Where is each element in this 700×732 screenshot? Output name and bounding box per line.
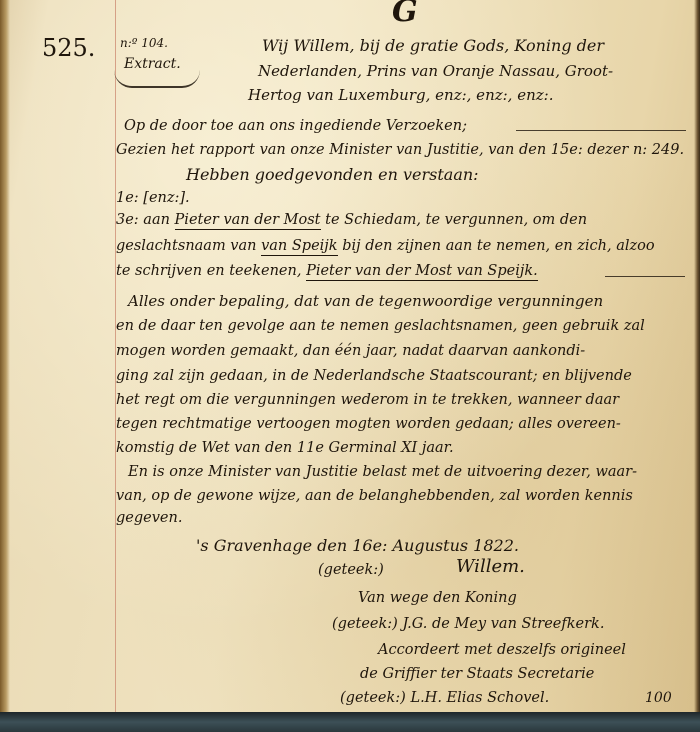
conditions-line-6: tegen rechtmatige vertoogen mogten worde… xyxy=(116,416,621,432)
article-3-prefix: 3e: aan xyxy=(116,212,170,228)
article-3-line-2-start: geslachtsnaam van xyxy=(116,238,256,254)
conditions-line-2: en de daar ten gevolge aan te nemen gesl… xyxy=(116,318,645,334)
article-3-line-2-rest: bij den zijnen aan te nemen, en zich, al… xyxy=(342,238,654,254)
page-number: 100 xyxy=(645,690,672,706)
execution-line-3: gegeven. xyxy=(116,510,182,526)
preamble-line-2: Nederlanden, Prins van Oranje Nassau, Gr… xyxy=(258,62,613,80)
page-mark: G xyxy=(392,0,418,29)
clerk-title: de Griffier ter Staats Secretarie xyxy=(360,666,594,682)
article-3-line-1-rest: te Schiedam, te vergunnen, om den xyxy=(325,212,587,228)
book-spine-shadow xyxy=(0,0,10,718)
execution-line-2: van, op de gewone wijze, aan de belanghe… xyxy=(116,488,633,504)
secretary-signature: (geteek:) J.G. de Mey van Streefkerk. xyxy=(332,616,604,632)
preamble-line-3: Hertog van Luxemburg, enz:, enz:, enz:. xyxy=(248,86,553,104)
conditions-line-4: ging zal zijn gedaan, in de Nederlandsch… xyxy=(116,368,632,384)
execution-line-1: En is onze Minister van Justitie belast … xyxy=(128,464,637,480)
conditions-line-1: Alles onder bepaling, dat van de tegenwo… xyxy=(128,292,603,310)
conditions-line-5: het regt om die vergunningen wederom in … xyxy=(116,392,619,408)
margin-flourish xyxy=(114,70,200,88)
consideration-line-1: Op de door toe aan ons ingediende Verzoe… xyxy=(124,118,467,134)
consideration-line-2: Gezien het rapport van onze Minister van… xyxy=(116,142,684,158)
article-3-line-3-start: te schrijven en teekenen, xyxy=(116,263,301,279)
margin-rule-line xyxy=(115,0,116,718)
signed-label: (geteek:) xyxy=(318,562,384,578)
article-1: 1e: [enz:]. xyxy=(116,190,190,206)
preamble-line-1: Wij Willem, bij de gratie Gods, Koning d… xyxy=(262,36,604,55)
entry-number: 525. xyxy=(42,34,95,62)
article-3-line-2: geslachtsnaam van van Speijk bij den zij… xyxy=(116,238,655,254)
margin-reference-number: n:º 104. xyxy=(120,36,168,50)
place-and-date: 's Gravenhage den 16e: Augustus 1822. xyxy=(196,536,519,555)
article-3-line-1: 3e: aan Pieter van der Most te Schiedam,… xyxy=(116,212,587,228)
by-order-of-the-king: Van wege den Koning xyxy=(358,590,517,606)
person-name-pieter-van-der-most: Pieter van der Most xyxy=(175,212,321,230)
scanner-background xyxy=(0,712,700,732)
manuscript-page: G 525. n:º 104. Extract. Wij Willem, bij… xyxy=(0,0,700,718)
fill-rule xyxy=(516,130,686,131)
conditions-line-3: mogen worden gemaakt, dan één jaar, nada… xyxy=(116,343,585,359)
fill-rule xyxy=(605,276,685,277)
full-name-pieter-van-der-most-van-speijk: Pieter van der Most van Speijk. xyxy=(306,263,538,281)
certification-line: Accordeert met deszelfs origineel xyxy=(378,642,626,658)
king-signature: Willem. xyxy=(456,556,525,577)
page-edge xyxy=(694,0,700,718)
conditions-line-7: komstig de Wet van den 11e Germinal XI j… xyxy=(116,440,454,456)
article-3-line-3: te schrijven en teekenen, Pieter van der… xyxy=(116,263,538,279)
surname-van-speijk: van Speijk xyxy=(261,238,338,256)
resolution-heading: Hebben goedgevonden en verstaan: xyxy=(186,165,479,184)
clerk-signature: (geteek:) L.H. Elias Schovel. xyxy=(340,690,549,706)
